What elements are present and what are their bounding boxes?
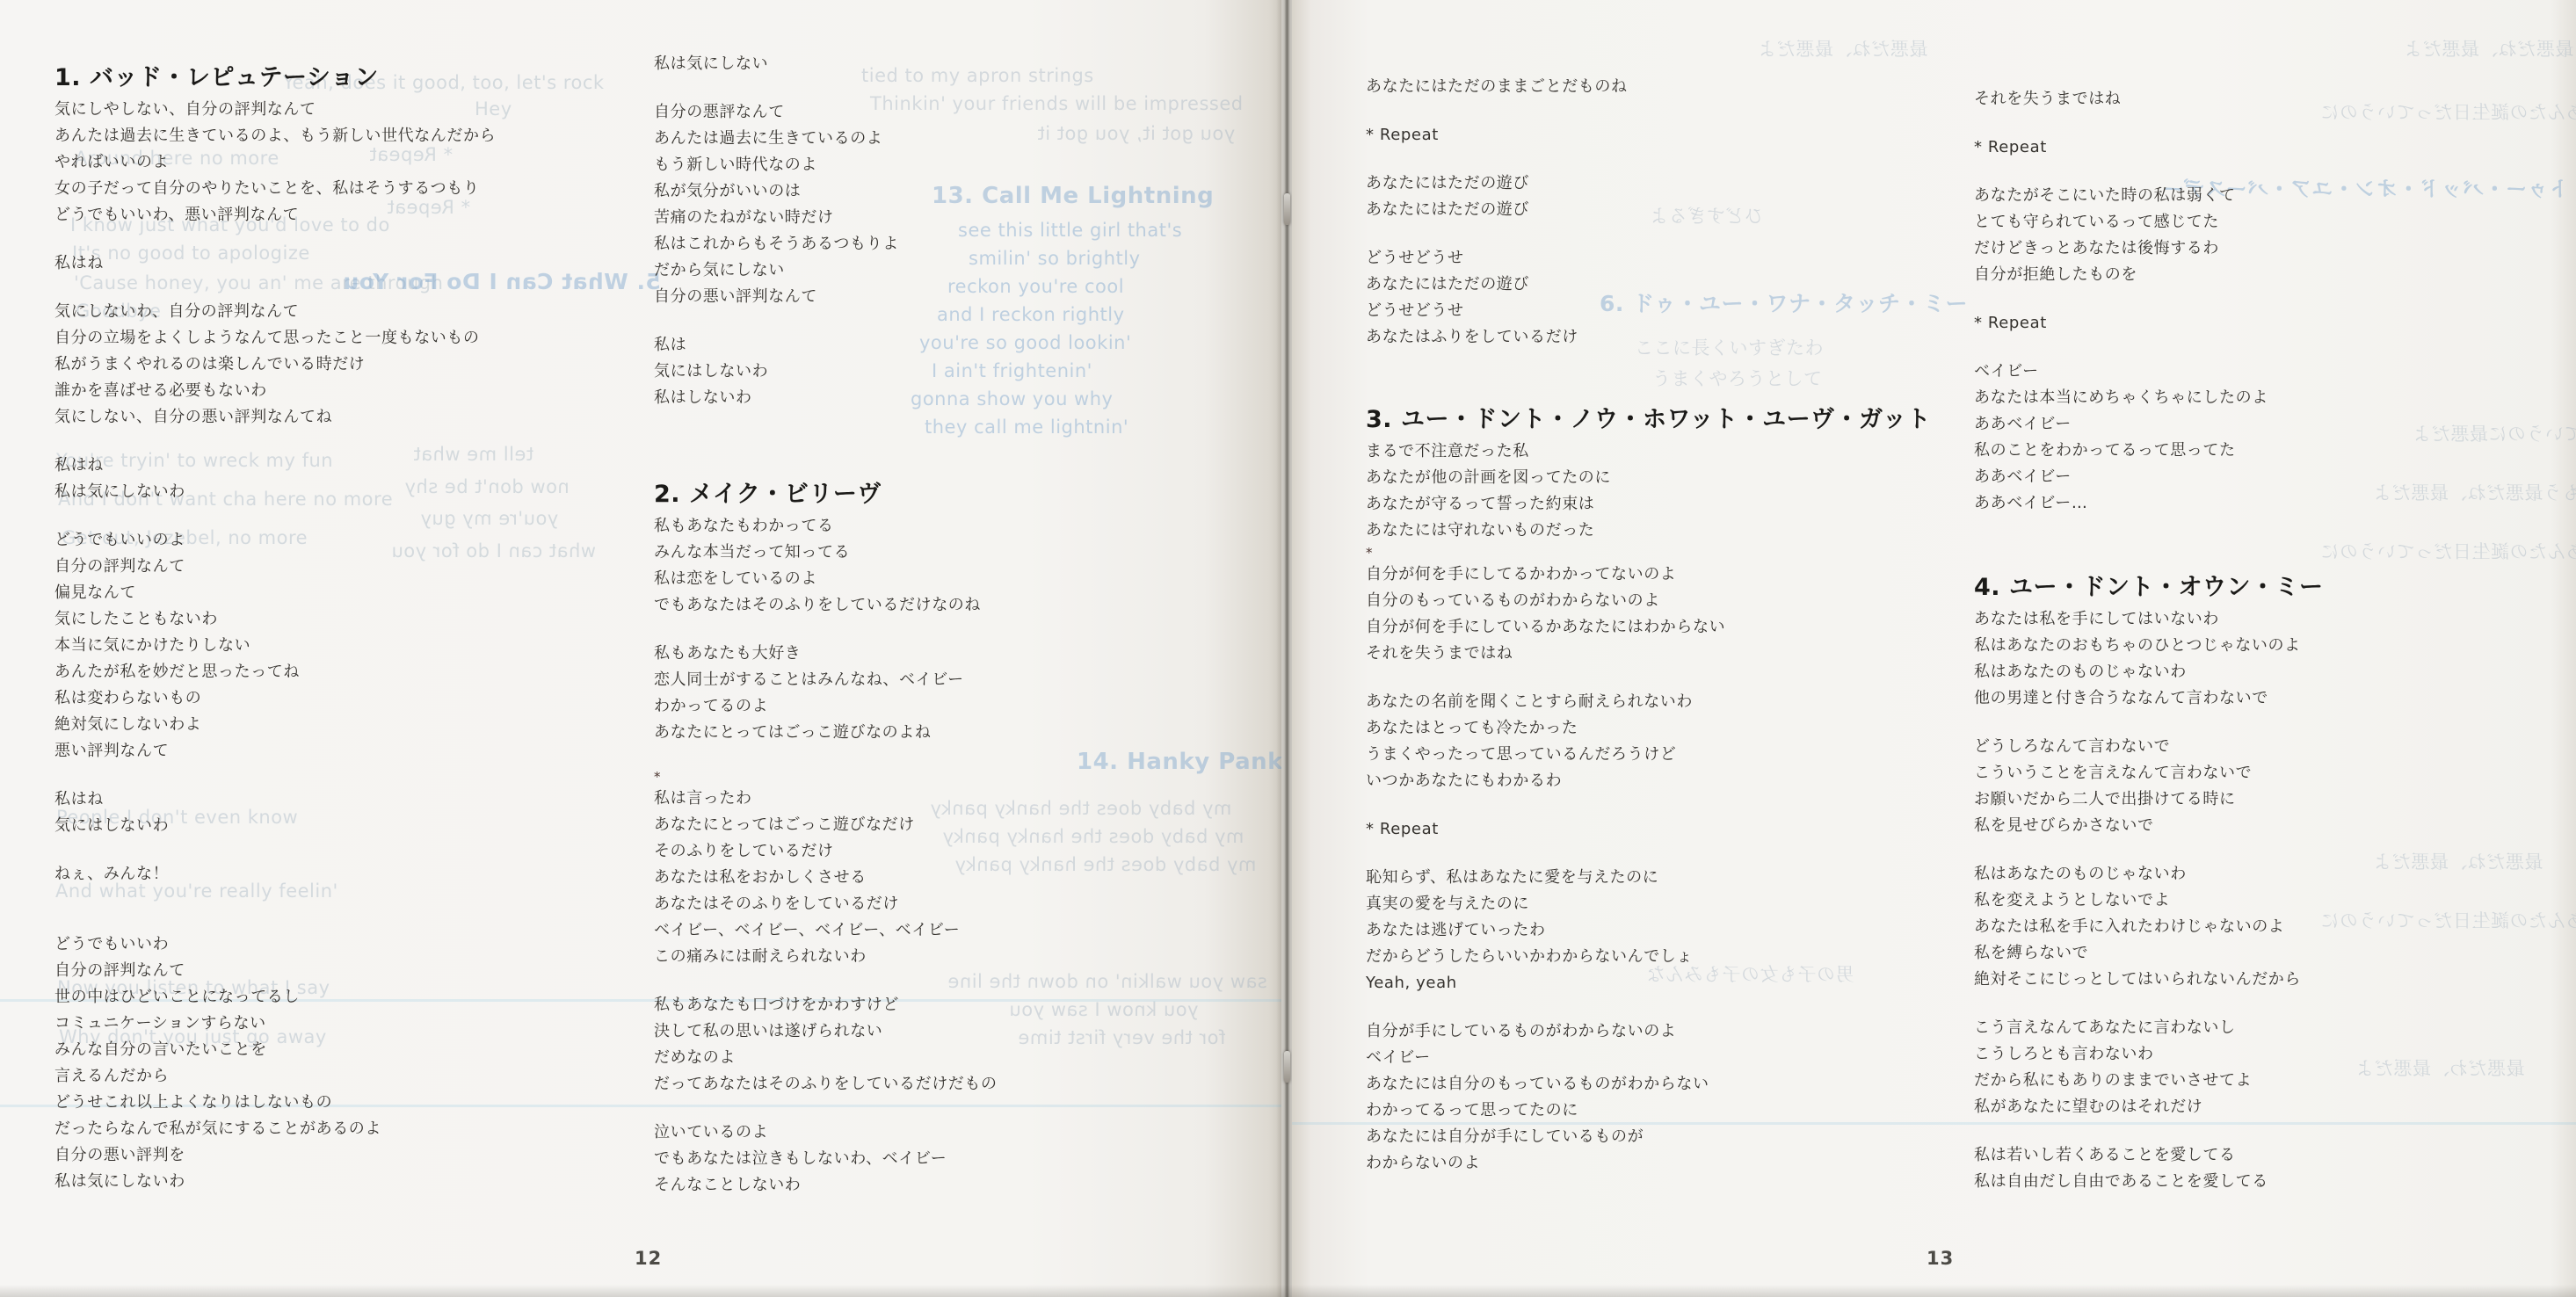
stanza-gap [654, 77, 1260, 99]
lyric-line: 気にしやしない、自分の評判なんて [54, 97, 661, 123]
page-right: 最悪だね、最悪だよ最悪だね、最悪だよあんたの誕生日だっていうのにひどすぎるよ6.… [1292, 0, 2576, 1297]
lyric-line: 誰かを喜ばせる必要もないわ [54, 378, 661, 404]
lyric-line: それを失うまではね [1366, 641, 1972, 667]
lyric-line: 私があなたに望むのはそれだけ [1974, 1094, 2576, 1120]
lyric-line: そんなことしないわ [654, 1172, 1260, 1199]
stanza-gap [1366, 223, 1972, 245]
stanza-gap [1366, 100, 1972, 122]
lyric-line: ああベイビー [1974, 464, 2576, 490]
song-title: 4. ユー・ドント・オウン・ミー [1974, 573, 2576, 603]
lyric-line: この痛みには耐えられないわ [654, 944, 1260, 970]
lyric-line: あんたは過去に生きているのよ [654, 126, 1260, 152]
lyric-line: 自分の評判なんて [54, 554, 661, 580]
lyric-line: あなたには自分が手にしているものが [1366, 1124, 1972, 1150]
lyric-line: そのふりをしているだけ [654, 838, 1260, 865]
lyric-line: わかってるって思ってたのに [1366, 1098, 1972, 1124]
lyric-line: あなたにとってはごっこ遊びなだけ [654, 812, 1260, 838]
lyric-line: まるで不注意だった私 [1366, 438, 1972, 465]
stanza-gap [54, 764, 661, 786]
lyric-line: いつかあなたにもわかるわ [1366, 768, 1972, 794]
lyric-line: 絶対気にしないわよ [54, 712, 661, 738]
stanza-gap [1974, 288, 2576, 310]
lyric-line: あなたにはただの遊び [1366, 197, 1972, 223]
lyric-line: 決して私の思いは遂げられない [654, 1018, 1260, 1045]
lyric-line: 泣いているのよ [654, 1119, 1260, 1146]
lyrics-column-2: 私は気にしない自分の悪評なんてあんたは過去に生きているのよもう新しい時代なのよ私… [654, 51, 1260, 1199]
lyric-line: あなたは私を手にしてはいないわ [1974, 606, 2576, 633]
lyric-line: 私は若いし若くあることを愛してる [1974, 1142, 2576, 1169]
lyric-line: 自分が何を手にしているかあなたにはわからない [1366, 614, 1972, 641]
stanza-gap [54, 277, 661, 299]
lyric-line: あなたが守るって誓った約束は [1366, 491, 1972, 518]
lyric-line: 私もあなたもわかってる [654, 513, 1260, 540]
stanza-gap [54, 888, 661, 909]
lyric-line: 自分の悪評なんて [654, 99, 1260, 126]
stanza-gap [654, 310, 1260, 332]
lyric-line: 本当に気にかけたりしない [54, 633, 661, 659]
lyric-line: ねぇ、みんな！ [54, 861, 661, 888]
lyric-line: 私を変えようとしないでよ [1974, 888, 2576, 914]
lyric-line: 私を縛らないで [1974, 940, 2576, 967]
lyric-line: だから気にしない [654, 257, 1260, 284]
stanza-gap [54, 839, 661, 861]
lyric-line: 自分の立場をよくしようなんて思ったこと一度もないもの [54, 325, 661, 351]
lyric-line: あなたにとってはごっこ遊びなのよね [654, 720, 1260, 746]
lyric-line: あなたはとっても冷たかった [1366, 715, 1972, 742]
lyric-line: 私は恋をしているのよ [654, 566, 1260, 592]
lyric-line: やればいいのよ [54, 149, 661, 176]
lyric-line: どうでもいいのよ [54, 527, 661, 554]
lyric-line: あなたは逃げていったわ [1366, 917, 1972, 944]
lyric-line: 私は気にしないわ [54, 479, 661, 505]
stanza-gap [1366, 794, 1972, 816]
lyric-line: 真実の愛を与えたのに [1366, 891, 1972, 917]
lyric-line: 自分が何を手にしてるかわかってないのよ [1366, 562, 1972, 588]
lyric-line: ベイビー [1366, 1045, 1972, 1071]
lyric-line: 私は言ったわ [654, 786, 1260, 812]
lyric-line: 恥知らず、私はあなたに愛を与えたのに [1366, 865, 1972, 891]
lyrics-column-4: それを失うまではね* Repeatあなたがそこにいた時の私は弱くてとても守られて… [1974, 86, 2576, 1195]
lyric-line: 私もあなたも大好き [654, 641, 1260, 667]
lyric-line: 苦痛のたねがない時だけ [654, 205, 1260, 231]
lyric-line: あなたがそこにいた時の私は弱くて [1974, 183, 2576, 209]
lyric-line: 私はあなたのものじゃないわ [1974, 861, 2576, 888]
repeat-marker: * [1366, 544, 1972, 562]
lyric-line: でもあなたはそのふりをしているだけなのね [654, 592, 1260, 619]
lyric-line: 私は変わらないもの [54, 685, 661, 712]
stanza-gap [1974, 161, 2576, 183]
stanza-gap [1974, 839, 2576, 861]
lyric-line: どうでもいいわ、悪い評判なんて [54, 202, 661, 228]
lyric-line: 自分の評判なんて [54, 958, 661, 984]
stanza-gap [54, 505, 661, 527]
lyric-line: あなたには自分のもっているものがわからない [1366, 1071, 1972, 1098]
booklet-spread: Yeah, does it good, too, let's rockHeyAr… [0, 0, 2576, 1297]
lyric-line: だけどきっとあなたは後悔するわ [1974, 235, 2576, 262]
lyric-line: 私はこれからもそうあるつもりよ [654, 231, 1260, 257]
lyric-line: 私を見せびらかさないで [1974, 813, 2576, 839]
lyric-line: だったらなんで私が気にすることがあるのよ [54, 1116, 661, 1142]
staple-bottom [1284, 1051, 1290, 1083]
lyric-line: 気にしたこともないわ [54, 606, 661, 633]
stanza-gap [1366, 843, 1972, 865]
stanza-gap [1366, 667, 1972, 689]
staple-top [1284, 193, 1290, 225]
lyric-line: 私はね [54, 786, 661, 813]
lyric-line: でもあなたは泣きもしないわ、ベイビー [654, 1146, 1260, 1172]
lyric-line: コミュニケーションすらない [54, 1011, 661, 1037]
lyric-line: あなたには守れないものだった [1366, 518, 1972, 544]
lyric-line: あなたの名前を聞くことすら耐えられないわ [1366, 689, 1972, 715]
stanza-gap [1974, 712, 2576, 734]
lyric-line: * Repeat [1974, 310, 2576, 337]
stanza-gap [1974, 112, 2576, 134]
bleedthrough-text: 最悪だね、最悪だよ [1758, 35, 1928, 62]
lyric-line: もう新しい時代なのよ [654, 152, 1260, 178]
lyric-line: * Repeat [1366, 122, 1972, 149]
lyric-line: だめなのよ [654, 1045, 1260, 1071]
lyric-line: Yeah, yeah [1366, 970, 1972, 996]
lyric-line: あなたにはただの遊び [1366, 272, 1972, 298]
lyric-line: あなたは本当にめちゃくちゃにしたのよ [1974, 385, 2576, 411]
lyric-line: みんな本当だって知ってる [654, 540, 1260, 566]
lyric-line: あなたにはただの遊び [1366, 170, 1972, 197]
bleedthrough-text: 最悪だね、最悪だよ [2404, 35, 2574, 62]
stanza-gap [1366, 996, 1972, 1018]
lyric-line: ベイビー、ベイビー、ベイビー、ベイビー [654, 917, 1260, 944]
lyric-line: 私は自由だし自由であることを愛してる [1974, 1169, 2576, 1195]
page-number-right: 13 [1927, 1248, 1954, 1269]
stanza-gap [1974, 517, 2576, 573]
lyric-line: 自分の悪い評判なんて [654, 284, 1260, 310]
lyric-line: 私のことをわかってるって思ってた [1974, 438, 2576, 464]
lyric-line: だから私にもありのままでいさせてよ [1974, 1068, 2576, 1094]
lyric-line: 女の子だって自分のやりたいことを、私はそうするつもり [54, 176, 661, 202]
lyric-line: みんな自分の言いたいことを [54, 1037, 661, 1063]
lyric-line: 私はあなたのものじゃないわ [1974, 659, 2576, 685]
lyric-line: 私が気分がいいのは [654, 178, 1260, 205]
lyric-line: 私がうまくやれるのは楽しんでいる時だけ [54, 351, 661, 378]
lyric-line: どうせどうせ [1366, 245, 1972, 272]
lyric-line: どうせこれ以上よくなりはしないもの [54, 1090, 661, 1116]
lyric-line: ベイビー [1974, 359, 2576, 385]
lyric-line: あなたが他の計画を図ってたのに [1366, 465, 1972, 491]
lyrics-column-1: 1. バッド・レピュテーション気にしやしない、自分の評判なんてあんたは過去に生き… [54, 63, 661, 1195]
lyric-line: ああベイビー [1974, 411, 2576, 438]
lyric-line: こういうことを言えなんて言わないで [1974, 760, 2576, 786]
lyric-line: わからないのよ [1366, 1150, 1972, 1177]
lyrics-column-3: あなたにはただのままごとだものね* Repeatあなたにはただの遊びあなたにはた… [1366, 74, 1972, 1177]
lyric-line: ああベイビー… [1974, 490, 2576, 517]
lyric-line: あなたはふりをしているだけ [1366, 324, 1972, 351]
lyric-line: どうせどうせ [1366, 298, 1972, 324]
stanza-gap [654, 746, 1260, 768]
stanza-gap [654, 411, 1260, 480]
lyric-line: あんたは過去に生きているのよ、もう新しい世代なんだから [54, 123, 661, 149]
repeat-marker: * [654, 768, 1260, 786]
lyric-line: 言えるんだから [54, 1063, 661, 1090]
lyric-line: 自分が手にしているものがわからないのよ [1366, 1018, 1972, 1045]
lyric-line: 私もあなたも口づけをかわすけど [654, 992, 1260, 1018]
lyric-line: 気にしない、自分の悪い評判なんてね [54, 404, 661, 431]
lyric-line: 私は気にしないわ [54, 1169, 661, 1195]
stanza-gap [1974, 337, 2576, 359]
lyric-line: 気にはしないわ [54, 813, 661, 839]
lyric-line: 偏見なんて [54, 580, 661, 606]
song-title: 3. ユー・ドント・ノウ・ホワット・ユーヴ・ガット [1366, 405, 1972, 435]
lyric-line: だってあなたはそのふりをしているだけだもの [654, 1071, 1260, 1098]
stanza-gap [54, 909, 661, 931]
stanza-gap [654, 970, 1260, 992]
lyric-line: 私は気にしない [654, 51, 1260, 77]
lyric-line: 私は [654, 332, 1260, 359]
lyric-line: どうしろなんて言わないで [1974, 734, 2576, 760]
lyric-line: あんたが私を妙だと思ったってね [54, 659, 661, 685]
lyric-line: 気にはしないわ [654, 359, 1260, 385]
stanza-gap [654, 1098, 1260, 1119]
lyric-line: わかってるのよ [654, 693, 1260, 720]
page-left: Yeah, does it good, too, let's rockHeyAr… [0, 0, 1281, 1297]
lyric-line: 絶対そこにじっとしてはいられないんだから [1974, 967, 2576, 993]
lyric-line: 私はしないわ [654, 385, 1260, 411]
lyric-line: 自分が拒絶したものを [1974, 262, 2576, 288]
lyric-line: うまくやったって思っているんだろうけど [1366, 742, 1972, 768]
lyric-line: 世の中はひどいことになってるし [54, 984, 661, 1011]
lyric-line: お願いだから二人で出掛けてる時に [1974, 786, 2576, 813]
lyric-line: あなたはそのふりをしているだけ [654, 891, 1260, 917]
lyric-line: あなたにはただのままごとだものね [1366, 74, 1972, 100]
stanza-gap [1366, 149, 1972, 170]
lyric-line: 私はあなたのおもちゃのひとつじゃないのよ [1974, 633, 2576, 659]
stanza-gap [54, 431, 661, 453]
lyric-line: 私はね [54, 250, 661, 277]
lyric-line: 自分の悪い評判を [54, 1142, 661, 1169]
stanza-gap [54, 228, 661, 250]
lyric-line: どうでもいいわ [54, 931, 661, 958]
lyric-line: * Repeat [1366, 816, 1972, 843]
lyric-line: 気にしないわ、自分の評判なんて [54, 299, 661, 325]
lyric-line: 自分のもっているものがわからないのよ [1366, 588, 1972, 614]
stanza-gap [1974, 1120, 2576, 1142]
stanza-gap [654, 619, 1260, 641]
lyric-line: 私はね [54, 453, 661, 479]
stanza-gap [1974, 993, 2576, 1015]
lyric-line: 他の男達と付き合うななんて言わないで [1974, 685, 2576, 712]
lyric-line: * Repeat [1974, 134, 2576, 161]
lyric-line: 悪い評判なんて [54, 738, 661, 764]
lyric-line: こう言えなんてあなたに言わないし [1974, 1015, 2576, 1041]
lyric-line: こうしろとも言わないわ [1974, 1041, 2576, 1068]
lyric-line: だからどうしたらいいかわからないんでしょ [1366, 944, 1972, 970]
lyric-line: 恋人同士がすることはみんなね、ベイビー [654, 667, 1260, 693]
stanza-gap [1366, 351, 1972, 405]
page-number-left: 12 [635, 1248, 662, 1269]
lyric-line: あなたは私を手に入れたわけじゃないのよ [1974, 914, 2576, 940]
song-title: 1. バッド・レピュテーション [54, 63, 661, 93]
lyric-line: それを失うまではね [1974, 86, 2576, 112]
lyric-line: とても守られているって感じてた [1974, 209, 2576, 235]
lyric-line: あなたは私をおかしくさせる [654, 865, 1260, 891]
song-title: 2. メイク・ビリーヴ [654, 480, 1260, 510]
